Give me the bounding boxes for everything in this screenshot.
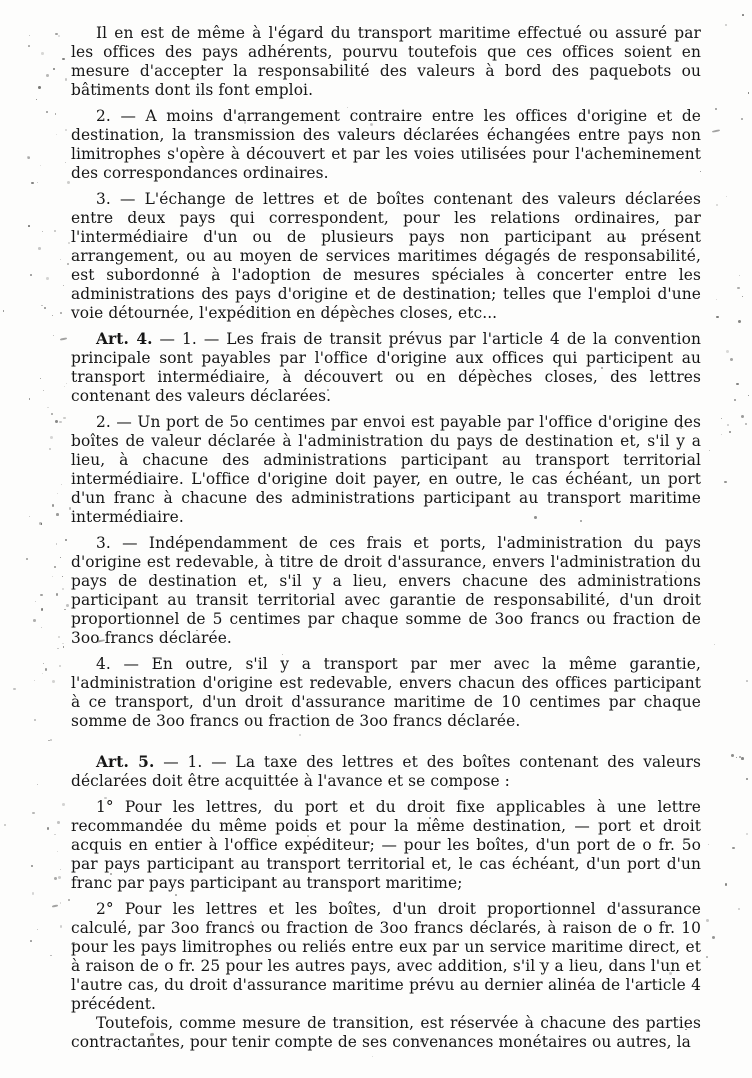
paragraph-article-4-1: Art. 4. — 1. — Les frais de transit prév… — [71, 330, 701, 406]
article-4-label: Art. 4. — [96, 330, 153, 348]
article-5-label: Art. 5. — [96, 753, 154, 771]
paragraph-item-2: 2° Pour les lettres et les boîtes, d'un … — [71, 900, 701, 1014]
paragraph-article-4-4: 4. — En outre, s'il y a transport par me… — [71, 655, 701, 731]
paragraph-text: 1° Pour les lettres, du port et du droit… — [71, 798, 701, 892]
paragraph-text: 2. — Un port de 5o centimes par envoi es… — [71, 413, 701, 526]
paragraph-text: 3. — L'échange de lettres et de boîtes c… — [71, 190, 701, 322]
paragraph-intro: Il en est de même à l'égard du transport… — [71, 24, 701, 100]
paragraph-article-4-3: 3. — Indépendamment de ces frais et port… — [71, 534, 701, 648]
paragraph-article-4-2: 2. — Un port de 5o centimes par envoi es… — [71, 413, 701, 527]
paragraph-clause-2: 2. — A moins d'arrangement contraire ent… — [71, 107, 701, 183]
paragraph-article-5-1: Art. 5. — 1. — La taxe des lettres et de… — [71, 753, 701, 791]
paragraph-text: — 1. — Les frais de transit prévus par l… — [71, 330, 701, 405]
paragraph-text: 3. — Indépendamment de ces frais et port… — [71, 534, 701, 647]
paragraph-item-1: 1° Pour les lettres, du port et du droit… — [71, 798, 701, 893]
paragraph-text: — 1. — La taxe des lettres et des boîtes… — [71, 753, 701, 790]
paragraph-toutefois: Toutefois, comme mesure de transition, e… — [71, 1014, 701, 1052]
paragraph-clause-3: 3. — L'échange de lettres et de boîtes c… — [71, 190, 701, 323]
document-body: Il en est de même à l'égard du transport… — [71, 24, 701, 1059]
paragraph-text: Toutefois, comme mesure de transition, e… — [71, 1014, 701, 1051]
paragraph-text: 2. — A moins d'arrangement contraire ent… — [71, 107, 701, 182]
paragraph-text: 4. — En outre, s'il y a transport par me… — [71, 655, 701, 730]
paragraph-text: Il en est de même à l'égard du transport… — [71, 24, 701, 99]
paragraph-text: 2° Pour les lettres et les boîtes, d'un … — [71, 900, 701, 1013]
scanned-page: Il en est de même à l'égard du transport… — [0, 0, 752, 1078]
